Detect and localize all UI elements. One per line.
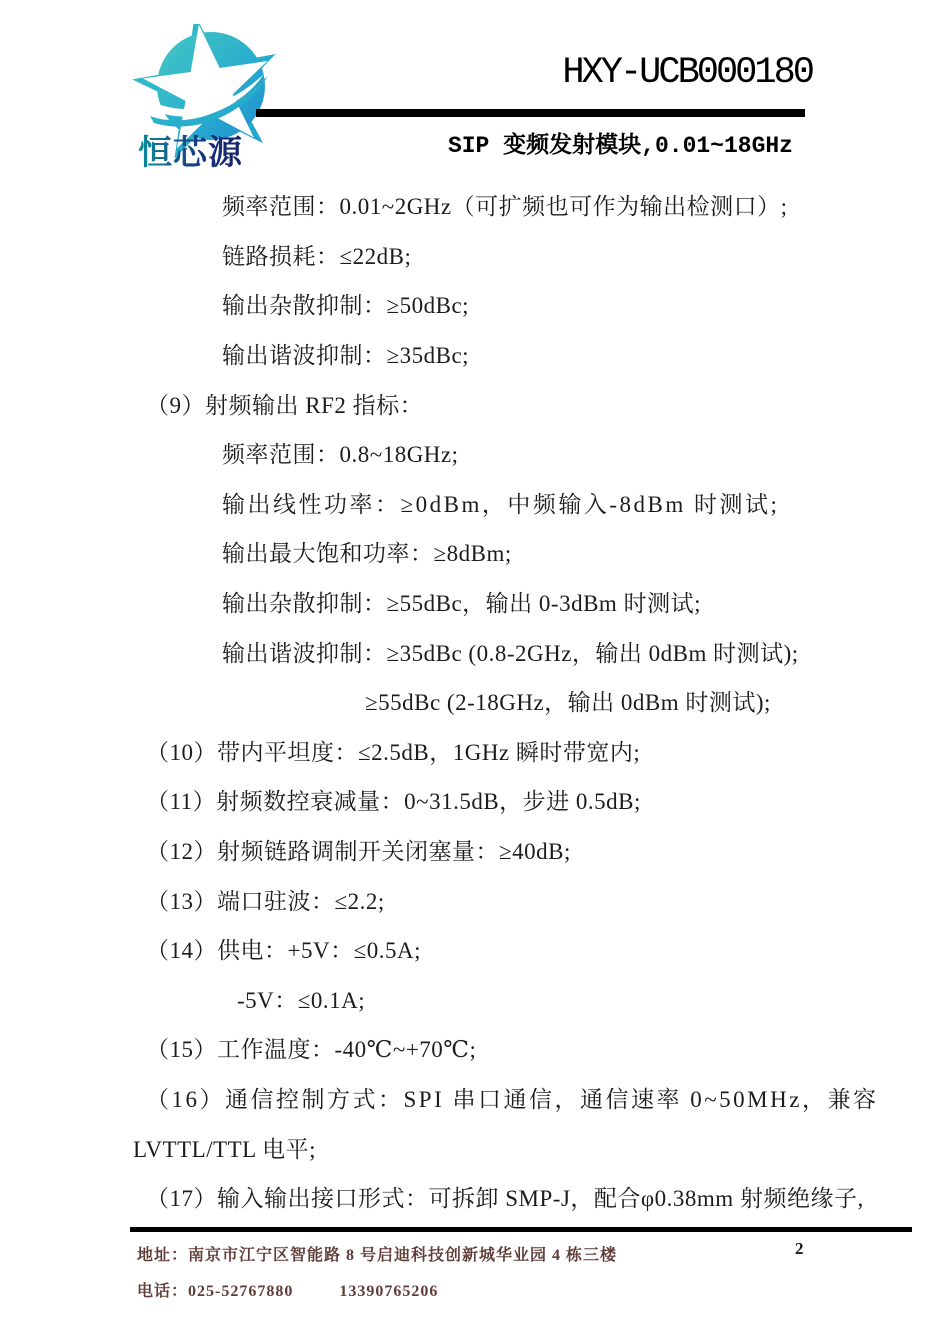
spec-line-continuation: -5V：≤0.1A; [133, 974, 833, 1024]
spec-item-13: （13）端口驻波：≤2.2; [133, 874, 833, 924]
address-value: 南京市江宁区智能路 8 号启迪科技创新城华业园 4 栋三楼 [188, 1247, 617, 1264]
company-name: 恒芯源 [138, 125, 248, 174]
spec-line: 链路损耗：≤22dB; [133, 230, 833, 280]
page-number: 2 [795, 1239, 804, 1259]
address-label: 地址： [137, 1247, 188, 1264]
spec-line-continuation: LVTTL/TTL 电平; [133, 1122, 833, 1172]
phone-number-1: 025-52767880 [188, 1283, 293, 1300]
spec-line: 输出谐波抑制：≥35dBc; [133, 329, 833, 379]
document-page: 恒芯源 HXY-UCB000180 SIP 变频发射模块,0.01~18GHz … [0, 0, 943, 1339]
spec-line: 输出线性功率：≥0dBm，中频输入-8dBm 时测试; [133, 478, 833, 528]
phone-number-2: 13390765206 [339, 1283, 438, 1301]
spec-item-17: （17）输入输出接口形式：可拆卸 SMP-J，配合φ0.38mm 射频绝缘子, [133, 1172, 833, 1222]
spec-item-16: （16）通信控制方式：SPI 串口通信，通信速率 0~50MHz，兼容 [133, 1073, 833, 1123]
spec-line: 输出杂散抑制：≥50dBc; [133, 279, 833, 329]
spec-line: 频率范围：0.01~2GHz（可扩频也可作为输出检测口）; [133, 180, 833, 230]
spec-item-11: （11）射频数控衰减量：0~31.5dB，步进 0.5dB; [133, 775, 833, 825]
spec-item-10: （10）带内平坦度：≤2.5dB，1GHz 瞬时带宽内; [133, 726, 833, 776]
spec-line: 输出杂散抑制：≥55dBc，输出 0-3dBm 时测试; [133, 577, 833, 627]
footer-address: 地址：南京市江宁区智能路 8 号启迪科技创新城华业园 4 栋三楼 [137, 1242, 617, 1265]
spec-line-continuation: ≥55dBc (2-18GHz，输出 0dBm 时测试); [133, 676, 833, 726]
document-number-title: HXY-UCB000180 [562, 52, 812, 94]
spec-line: 频率范围：0.8~18GHz; [133, 428, 833, 478]
spec-item-9: （9）射频输出 RF2 指标： [133, 378, 833, 428]
phone-label: 电话： [137, 1283, 188, 1300]
spec-item-15: （15）工作温度：-40℃~+70℃; [133, 1023, 833, 1073]
header-divider-bar [256, 109, 805, 117]
specification-list: 频率范围：0.01~2GHz（可扩频也可作为输出检测口）; 链路损耗：≤22dB… [133, 180, 833, 1221]
footer-phone: 电话：025-5276788013390765206 [137, 1278, 438, 1301]
document-subtitle: SIP 变频发射模块,0.01~18GHz [448, 126, 793, 159]
spec-line: 输出谐波抑制：≥35dBc (0.8-2GHz，输出 0dBm 时测试); [133, 626, 833, 676]
spec-line: 输出最大饱和功率：≥8dBm; [133, 527, 833, 577]
spec-item-14: （14）供电：+5V：≤0.5A; [133, 924, 833, 974]
footer-divider-bar [130, 1227, 912, 1232]
spec-item-12: （12）射频链路调制开关闭塞量：≥40dB; [133, 825, 833, 875]
